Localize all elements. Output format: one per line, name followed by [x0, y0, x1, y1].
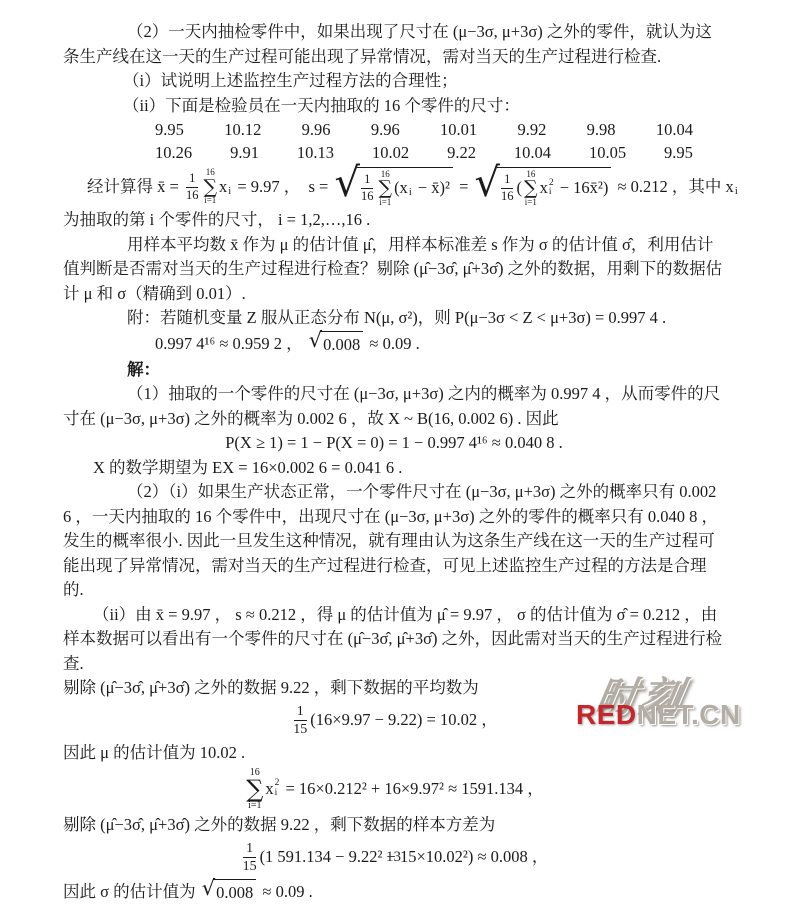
sample-value: 10.13 [297, 141, 334, 164]
page-number: 13 [0, 849, 787, 866]
expectation-line: X 的数学期望为 EX = 16×0.002 6 = 0.041 6 . [63, 456, 725, 481]
mean-recalculation-formula: 1 15 (16×9.97 − 9.22) = 10.02 ， [63, 701, 725, 741]
document-body: （2）一天内抽检零件中，如果出现了尺寸在 (μ−3σ, μ+3σ) 之外的零件，… [63, 20, 725, 907]
formula-text: ( [517, 176, 523, 201]
sample-value: 10.05 [589, 141, 626, 164]
summation-symbol: 16 ∑ i=1 [378, 170, 392, 208]
document-page: （2）一天内抽检零件中，如果出现了尺寸在 (μ−3σ, μ+3σ) 之外的零件，… [0, 0, 787, 916]
solution-part2ii-text: （ii）由 x̄ = 9.97 ， s ≈ 0.212 ，得 μ 的估计值为 μ… [63, 603, 725, 677]
solution-label: 解： [63, 358, 725, 383]
summation-symbol: 16 ∑ i=1 [203, 168, 217, 206]
remove-data-line-1: 剔除 (μ̂−3σ̂, μ̂+3σ̂) 之外的数据 9.22 ，剩下数据的平均数… [63, 676, 725, 701]
subscript-i: i [228, 180, 231, 205]
appendix-note-values: 0.997 4¹⁶ ≈ 0.959 2 ， √ 0.008 ≈ 0.09 . [155, 331, 725, 358]
formula-text: x [219, 175, 227, 200]
sample-value: 9.96 [302, 118, 331, 141]
sigma-estimate-line: 因此 σ 的估计值为 √ 0.008 ≈ 0.09 . [63, 878, 725, 907]
formula-text: 0.997 4¹⁶ ≈ 0.959 2 ， [155, 332, 307, 357]
sample-value: 10.01 [440, 118, 477, 141]
solution-part1-text: （1）抽取的一个零件的尺寸在 (μ−3σ, μ+3σ) 之内的概率为 0.997… [63, 382, 725, 431]
sample-value: 9.96 [371, 118, 400, 141]
sum-of-squares-formula: 16 ∑ i=1 x 2 i = 16×0.212² + 16×9.97² ≈ … [63, 765, 725, 813]
subscript-i: i [409, 181, 412, 206]
summation-symbol: 16 ∑ i=1 [246, 767, 263, 812]
radical-sign: √ [334, 165, 360, 201]
appendix-note-line: 附：若随机变量 Z 服从正态分布 N(μ, σ²)，则 P(μ−3σ < Z <… [63, 306, 725, 331]
probability-formula-line: P(X ≥ 1) = 1 − P(X = 0) = 1 − 0.997 4¹⁶ … [63, 431, 725, 456]
formula-text: x [265, 777, 273, 802]
sample-data-row-1: 9.9510.129.969.9610.019.929.9810.04 [155, 118, 693, 141]
fraction: 1 16 [501, 173, 514, 204]
sample-value: 9.98 [587, 118, 616, 141]
formula-text: 经计算得 x̄ = [87, 175, 183, 200]
fraction: 1 15 [293, 704, 307, 738]
square-root: √ 0.008 [202, 879, 257, 906]
formula-text: = [455, 175, 473, 200]
subscript-i: i [735, 180, 738, 205]
formula-text: = 16×0.212² + 16×9.97² ≈ 1591.134 ， [281, 777, 543, 802]
radical-sign: √ [475, 165, 501, 201]
formula-text: − 16x̄²) [556, 176, 609, 201]
estimate-instruction-paragraph: 用样本平均数 x̄ 作为 μ 的估计值 μ̂，用样本标准差 s 作为 σ 的估计… [63, 233, 725, 307]
square-root: √ 1 16 ( 16 ∑ i=1 x 2 i [475, 167, 612, 208]
sample-value: 9.91 [230, 141, 259, 164]
sup-sub-stack: 2 i [549, 179, 554, 199]
sample-value: 9.92 [517, 118, 546, 141]
sample-value: 9.95 [155, 118, 184, 141]
formula-text: ≈ 0.09 . [365, 332, 419, 357]
problem-item-i: （i）试说明上述监控生产过程方法的合理性； [63, 69, 725, 94]
square-root: √ 0.008 [309, 331, 364, 358]
problem-part2-intro: （2）一天内抽检零件中，如果出现了尺寸在 (μ−3σ, μ+3σ) 之外的零件，… [63, 20, 725, 69]
mean-sd-calculation-formula: 经计算得 x̄ = 1 16 16 ∑ i=1 xi = 9.97 ， s = … [87, 166, 725, 208]
sample-value: 9.95 [664, 141, 693, 164]
remove-data-line-2: 剔除 (μ̂−3σ̂, μ̂+3σ̂) 之外的数据 9.22 ，剩下数据的样本方… [63, 813, 725, 838]
sample-value: 10.04 [656, 118, 693, 141]
sup-sub-stack: 2 i [275, 779, 280, 799]
square-root: √ 1 16 16 ∑ i=1 (xi − x̄)² [334, 167, 453, 208]
sample-value: 10.26 [155, 141, 192, 164]
sample-value: 10.12 [224, 118, 261, 141]
formula-text: ≈ 0.09 . [258, 880, 312, 905]
mu-estimate-line: 因此 μ 的估计值为 10.02 . [63, 741, 725, 766]
formula-text: ≈ 0.212 ，其中 x [613, 175, 733, 200]
sample-value: 10.02 [372, 141, 409, 164]
summation-symbol: 16 ∑ i=1 [524, 170, 538, 208]
formula-text: (x [394, 176, 408, 201]
sample-data-row-2: 10.269.9110.1310.029.2210.0410.059.95 [155, 141, 693, 164]
formula-text: − x̄)² [414, 176, 450, 201]
calc-formula-continuation: 为抽取的第 i 个零件的尺寸， i = 1,2,…,16 . [63, 208, 725, 233]
formula-text: x [540, 176, 548, 201]
problem-item-ii: （ii）下面是检验员在一天内抽取的 16 个零件的尺寸： [63, 94, 725, 119]
formula-text: 因此 σ 的估计值为 [63, 880, 200, 905]
formula-text: (16×9.97 − 9.22) = 10.02 ， [310, 708, 497, 733]
sample-value: 10.04 [514, 141, 551, 164]
fraction: 1 16 [361, 173, 374, 204]
sample-value: 9.22 [447, 141, 476, 164]
fraction: 1 16 [186, 172, 199, 203]
formula-text: = 9.97 ， s = [233, 175, 332, 200]
solution-part2i-text: （2）（i）如果生产状态正常，一个零件尺寸在 (μ−3σ, μ+3σ) 之外的概… [63, 480, 725, 603]
